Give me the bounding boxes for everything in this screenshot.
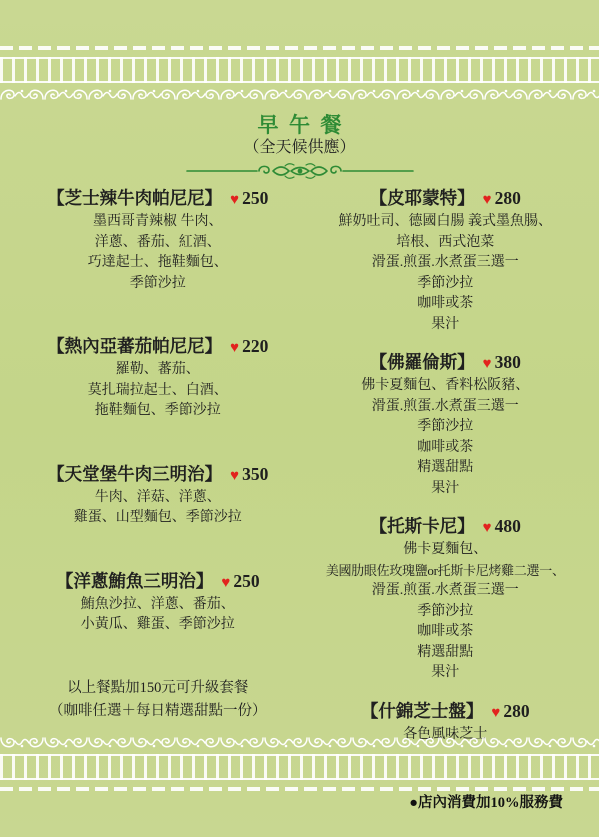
- item-price: 480: [495, 516, 521, 536]
- ingredient-line: 精選甜點: [302, 643, 590, 664]
- ingredient-line: 雞蛋、山型麵包、季節沙拉: [14, 508, 302, 529]
- menu-item: 【熱內亞蕃茄帕尼尼】♥220 羅勒、蕃茄、 莫扎瑞拉起士、白酒、 拖鞋麵包、季節…: [14, 335, 302, 422]
- item-name: 【什錦芝士盤】: [361, 701, 484, 721]
- heart-icon: ♥: [222, 468, 242, 484]
- ingredient-line: 季節沙拉: [302, 274, 590, 295]
- ingredient-line: 果汁: [302, 315, 590, 336]
- ingredient-line: 果汁: [302, 479, 590, 500]
- item-title-row: 【洋蔥鮪魚三明治】♥250: [14, 570, 302, 594]
- page-title: 早午餐: [0, 114, 599, 137]
- ingredient-line: 佛卡夏麵包、: [302, 540, 590, 561]
- ingredient-line: 咖啡或茶: [302, 294, 590, 315]
- ingredient-line: 小黃瓜、雞蛋、季節沙拉: [14, 615, 302, 636]
- item-price: 380: [495, 352, 521, 372]
- item-ingredients: 鮮奶吐司、德國白腸 義式墨魚腸、 培根、西式泡菜 滑蛋.煎蛋.水煮蛋三選一 季節…: [302, 212, 590, 335]
- item-price: 250: [242, 188, 268, 208]
- item-name: 【洋蔥鮪魚三明治】: [56, 571, 214, 591]
- menu-item: 【佛羅倫斯】♥380 佛卡夏麵包、香料松阪豬、 滑蛋.煎蛋.水煮蛋三選一 季節沙…: [302, 351, 590, 499]
- ingredient-line: 季節沙拉: [14, 274, 302, 295]
- item-price: 280: [495, 188, 521, 208]
- ingredient-line: 佛卡夏麵包、香料松阪豬、: [302, 376, 590, 397]
- item-name: 【佛羅倫斯】: [370, 352, 475, 372]
- ingredient-line: 巧達起士、拖鞋麵包、: [14, 253, 302, 274]
- ladder-ornament: [0, 57, 599, 83]
- brunch-menu-page: 早午餐 （全天候供應） 【芝士辣牛肉帕尼尼: [0, 0, 599, 837]
- menu-item: 【洋蔥鮪魚三明治】♥250 鮪魚沙拉、洋蔥、番茄、 小黃瓜、雞蛋、季節沙拉: [14, 570, 302, 636]
- item-name: 【皮耶蒙特】: [370, 188, 475, 208]
- ingredient-line: 季節沙拉: [302, 417, 590, 438]
- page-subtitle: （全天候供應）: [0, 137, 599, 159]
- ingredient-line: 咖啡或茶: [302, 438, 590, 459]
- item-ingredients: 佛卡夏麵包、香料松阪豬、 滑蛋.煎蛋.水煮蛋三選一 季節沙拉 咖啡或茶 精選甜點…: [302, 376, 590, 499]
- ingredient-line: 滑蛋.煎蛋.水煮蛋三選一: [302, 581, 590, 602]
- ingredient-line: 果汁: [302, 663, 590, 684]
- item-price: 280: [503, 701, 529, 721]
- flourish-divider-icon: [185, 161, 415, 181]
- heart-icon: ♥: [222, 340, 242, 356]
- heart-icon: ♥: [483, 705, 503, 721]
- ingredient-line: 美國肋眼佐玫瑰鹽or托斯卡尼烤雞二選一、: [302, 561, 590, 582]
- menu-item: 【托斯卡尼】♥480 佛卡夏麵包、 美國肋眼佐玫瑰鹽or托斯卡尼烤雞二選一、 滑…: [302, 515, 590, 684]
- item-ingredients: 佛卡夏麵包、 美國肋眼佐玫瑰鹽or托斯卡尼烤雞二選一、 滑蛋.煎蛋.水煮蛋三選一…: [302, 540, 590, 684]
- scroll-ornament: [0, 732, 599, 752]
- bottom-lace-border: [0, 732, 599, 837]
- left-column: 【芝士辣牛肉帕尼尼】♥250 墨西哥青辣椒 牛肉、 洋蔥、番茄、紅酒、 巧達起士…: [14, 187, 302, 761]
- item-name: 【芝士辣牛肉帕尼尼】: [47, 188, 222, 208]
- item-title-row: 【熱內亞蕃茄帕尼尼】♥220: [14, 335, 302, 359]
- ingredient-line: 季節沙拉: [302, 602, 590, 623]
- item-name: 【托斯卡尼】: [370, 516, 475, 536]
- ingredient-line: 墨西哥青辣椒 牛肉、: [14, 212, 302, 233]
- heart-icon: ♥: [222, 192, 242, 208]
- upgrade-note: 以上餐點加150元可升級套餐 （咖啡任選＋每日精選甜點一份）: [14, 677, 302, 723]
- item-ingredients: 牛肉、洋菇、洋蔥、 雞蛋、山型麵包、季節沙拉: [14, 488, 302, 529]
- item-ingredients: 羅勒、蕃茄、 莫扎瑞拉起士、白酒、 拖鞋麵包、季節沙拉: [14, 360, 302, 422]
- ingredient-line: 咖啡或茶: [302, 622, 590, 643]
- top-lace-border: [0, 0, 599, 105]
- item-title-row: 【佛羅倫斯】♥380: [302, 351, 590, 375]
- heart-icon: ♥: [475, 520, 495, 536]
- item-title-row: 【什錦芝士盤】♥280: [302, 700, 590, 724]
- item-title-row: 【皮耶蒙特】♥280: [302, 187, 590, 211]
- ingredient-line: 洋蔥、番茄、紅酒、: [14, 233, 302, 254]
- item-ingredients: 墨西哥青辣椒 牛肉、 洋蔥、番茄、紅酒、 巧達起士、拖鞋麵包、 季節沙拉: [14, 212, 302, 294]
- service-charge-note: ●店內消費加10%服務費: [409, 791, 563, 812]
- ingredient-line: 鮮奶吐司、德國白腸 義式墨魚腸、: [302, 212, 590, 233]
- ingredient-line: 精選甜點: [302, 458, 590, 479]
- ingredient-line: 莫扎瑞拉起士、白酒、: [14, 381, 302, 402]
- item-price: 350: [242, 464, 268, 484]
- heart-icon: ♥: [213, 575, 233, 591]
- menu-item: 【芝士辣牛肉帕尼尼】♥250 墨西哥青辣椒 牛肉、 洋蔥、番茄、紅酒、 巧達起士…: [14, 187, 302, 294]
- item-title-row: 【芝士辣牛肉帕尼尼】♥250: [14, 187, 302, 211]
- dashed-line-ornament: [0, 46, 599, 50]
- ingredient-line: 培根、西式泡菜: [302, 233, 590, 254]
- item-name: 【天堂堡牛肉三明治】: [47, 464, 222, 484]
- item-title-row: 【托斯卡尼】♥480: [302, 515, 590, 539]
- item-title-row: 【天堂堡牛肉三明治】♥350: [14, 463, 302, 487]
- item-price: 250: [233, 571, 259, 591]
- ingredient-line: 滑蛋.煎蛋.水煮蛋三選一: [302, 397, 590, 418]
- upgrade-note-line: （咖啡任選＋每日精選甜點一份）: [14, 700, 302, 723]
- ingredient-line: 拖鞋麵包、季節沙拉: [14, 401, 302, 422]
- menu-item: 【天堂堡牛肉三明治】♥350 牛肉、洋菇、洋蔥、 雞蛋、山型麵包、季節沙拉: [14, 463, 302, 529]
- upgrade-note-line: 以上餐點加150元可升級套餐: [14, 677, 302, 700]
- ingredient-line: 牛肉、洋菇、洋蔥、: [14, 488, 302, 509]
- item-name: 【熱內亞蕃茄帕尼尼】: [47, 336, 222, 356]
- ingredient-line: 鮪魚沙拉、洋蔥、番茄、: [14, 595, 302, 616]
- ingredient-line: 羅勒、蕃茄、: [14, 360, 302, 381]
- menu-columns: 【芝士辣牛肉帕尼尼】♥250 墨西哥青辣椒 牛肉、 洋蔥、番茄、紅酒、 巧達起士…: [0, 181, 599, 761]
- right-column: 【皮耶蒙特】♥280 鮮奶吐司、德國白腸 義式墨魚腸、 培根、西式泡菜 滑蛋.煎…: [302, 187, 590, 761]
- menu-item: 【皮耶蒙特】♥280 鮮奶吐司、德國白腸 義式墨魚腸、 培根、西式泡菜 滑蛋.煎…: [302, 187, 590, 335]
- scroll-ornament: [0, 85, 599, 105]
- heart-icon: ♥: [475, 356, 495, 372]
- item-ingredients: 鮪魚沙拉、洋蔥、番茄、 小黃瓜、雞蛋、季節沙拉: [14, 595, 302, 636]
- ladder-ornament: [0, 754, 599, 780]
- ingredient-line: 滑蛋.煎蛋.水煮蛋三選一: [302, 253, 590, 274]
- heart-icon: ♥: [475, 192, 495, 208]
- item-price: 220: [242, 336, 268, 356]
